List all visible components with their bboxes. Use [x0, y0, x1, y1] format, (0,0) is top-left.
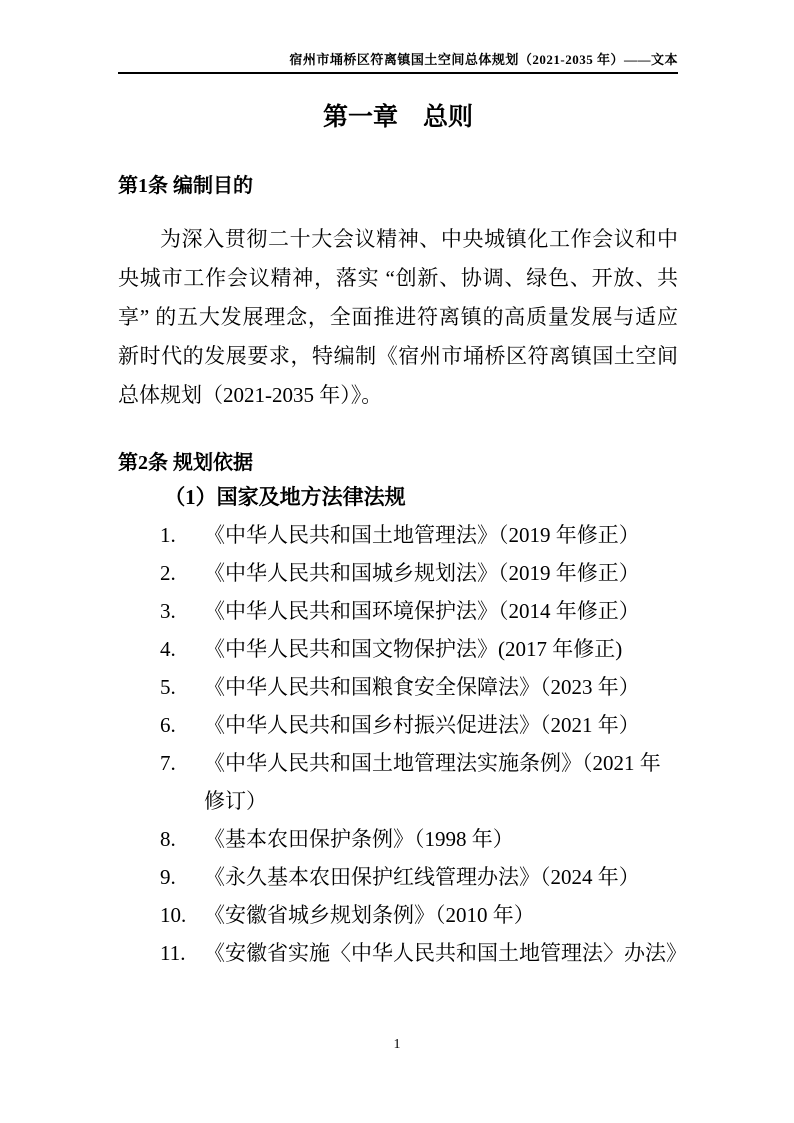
law-item-number: 3.: [160, 592, 204, 630]
law-item: 6. 《中华人民共和国乡村振兴促进法》（2021 年）: [118, 706, 678, 744]
law-item-text: 《永久基本农田保护红线管理办法》（2024 年）: [204, 858, 678, 896]
article-2-heading: 第2条 规划依据: [118, 451, 678, 475]
law-item: 1. 《中华人民共和国土地管理法》（2019 年修正）: [118, 516, 678, 554]
law-item-number: 8.: [160, 820, 204, 858]
law-item-number: 5.: [160, 668, 204, 706]
law-item-text: 《中华人民共和国土地管理法实施条例》（2021 年 修订）: [204, 744, 678, 820]
law-item-number: 6.: [160, 706, 204, 744]
document-page: 宿州市埇桥区符离镇国土空间总体规划（2021-2035 年）——文本 第一章 总…: [0, 0, 794, 1123]
law-item: 2. 《中华人民共和国城乡规划法》（2019 年修正）: [118, 554, 678, 592]
law-item-text: 《中华人民共和国粮食安全保障法》（2023 年）: [204, 668, 678, 706]
law-item-text: 《中华人民共和国文物保护法》(2017 年修正): [204, 630, 678, 668]
chapter-title: 第一章 总则: [118, 102, 678, 134]
law-item-text: 《中华人民共和国乡村振兴促进法》（2021 年）: [204, 706, 678, 744]
law-item: 9. 《永久基本农田保护红线管理办法》（2024 年）: [118, 858, 678, 896]
law-item: 3. 《中华人民共和国环境保护法》（2014 年修正）: [118, 592, 678, 630]
law-item: 11. 《安徽省实施〈中华人民共和国土地管理法〉办法》: [118, 934, 678, 972]
law-item-text: 《安徽省实施〈中华人民共和国土地管理法〉办法》: [204, 934, 678, 972]
law-item: 7. 《中华人民共和国土地管理法实施条例》（2021 年 修订）: [118, 744, 678, 820]
law-item-number: 11.: [160, 934, 204, 972]
subsection-heading: （1）国家及地方法律法规: [118, 484, 678, 510]
law-item: 4. 《中华人民共和国文物保护法》(2017 年修正): [118, 630, 678, 668]
law-item: 10. 《安徽省城乡规划条例》（2010 年）: [118, 896, 678, 934]
law-item-number: 9.: [160, 858, 204, 896]
article-1-paragraph: 为深入贯彻二十大会议精神、中央城镇化工作会议和中央城市工作会议精神，落实 “创新…: [118, 220, 678, 415]
article-1-heading: 第1条 编制目的: [118, 174, 678, 198]
law-item-text: 《中华人民共和国城乡规划法》（2019 年修正）: [204, 554, 678, 592]
law-item: 5. 《中华人民共和国粮食安全保障法》（2023 年）: [118, 668, 678, 706]
law-item-text: 《中华人民共和国土地管理法》（2019 年修正）: [204, 516, 678, 554]
law-item: 8. 《基本农田保护条例》（1998 年）: [118, 820, 678, 858]
law-item-number: 7.: [160, 744, 204, 782]
page-number: 1: [0, 1036, 794, 1054]
law-item-number: 2.: [160, 554, 204, 592]
law-item-number: 1.: [160, 516, 204, 554]
law-list: 1. 《中华人民共和国土地管理法》（2019 年修正） 2. 《中华人民共和国城…: [118, 516, 678, 972]
law-item-number: 10.: [160, 896, 204, 934]
law-item-text: 《基本农田保护条例》（1998 年）: [204, 820, 678, 858]
law-item-text: 《中华人民共和国环境保护法》（2014 年修正）: [204, 592, 678, 630]
law-item-text: 《安徽省城乡规划条例》（2010 年）: [204, 896, 678, 934]
law-item-number: 4.: [160, 630, 204, 668]
page-header: 宿州市埇桥区符离镇国土空间总体规划（2021-2035 年）——文本: [118, 52, 678, 74]
